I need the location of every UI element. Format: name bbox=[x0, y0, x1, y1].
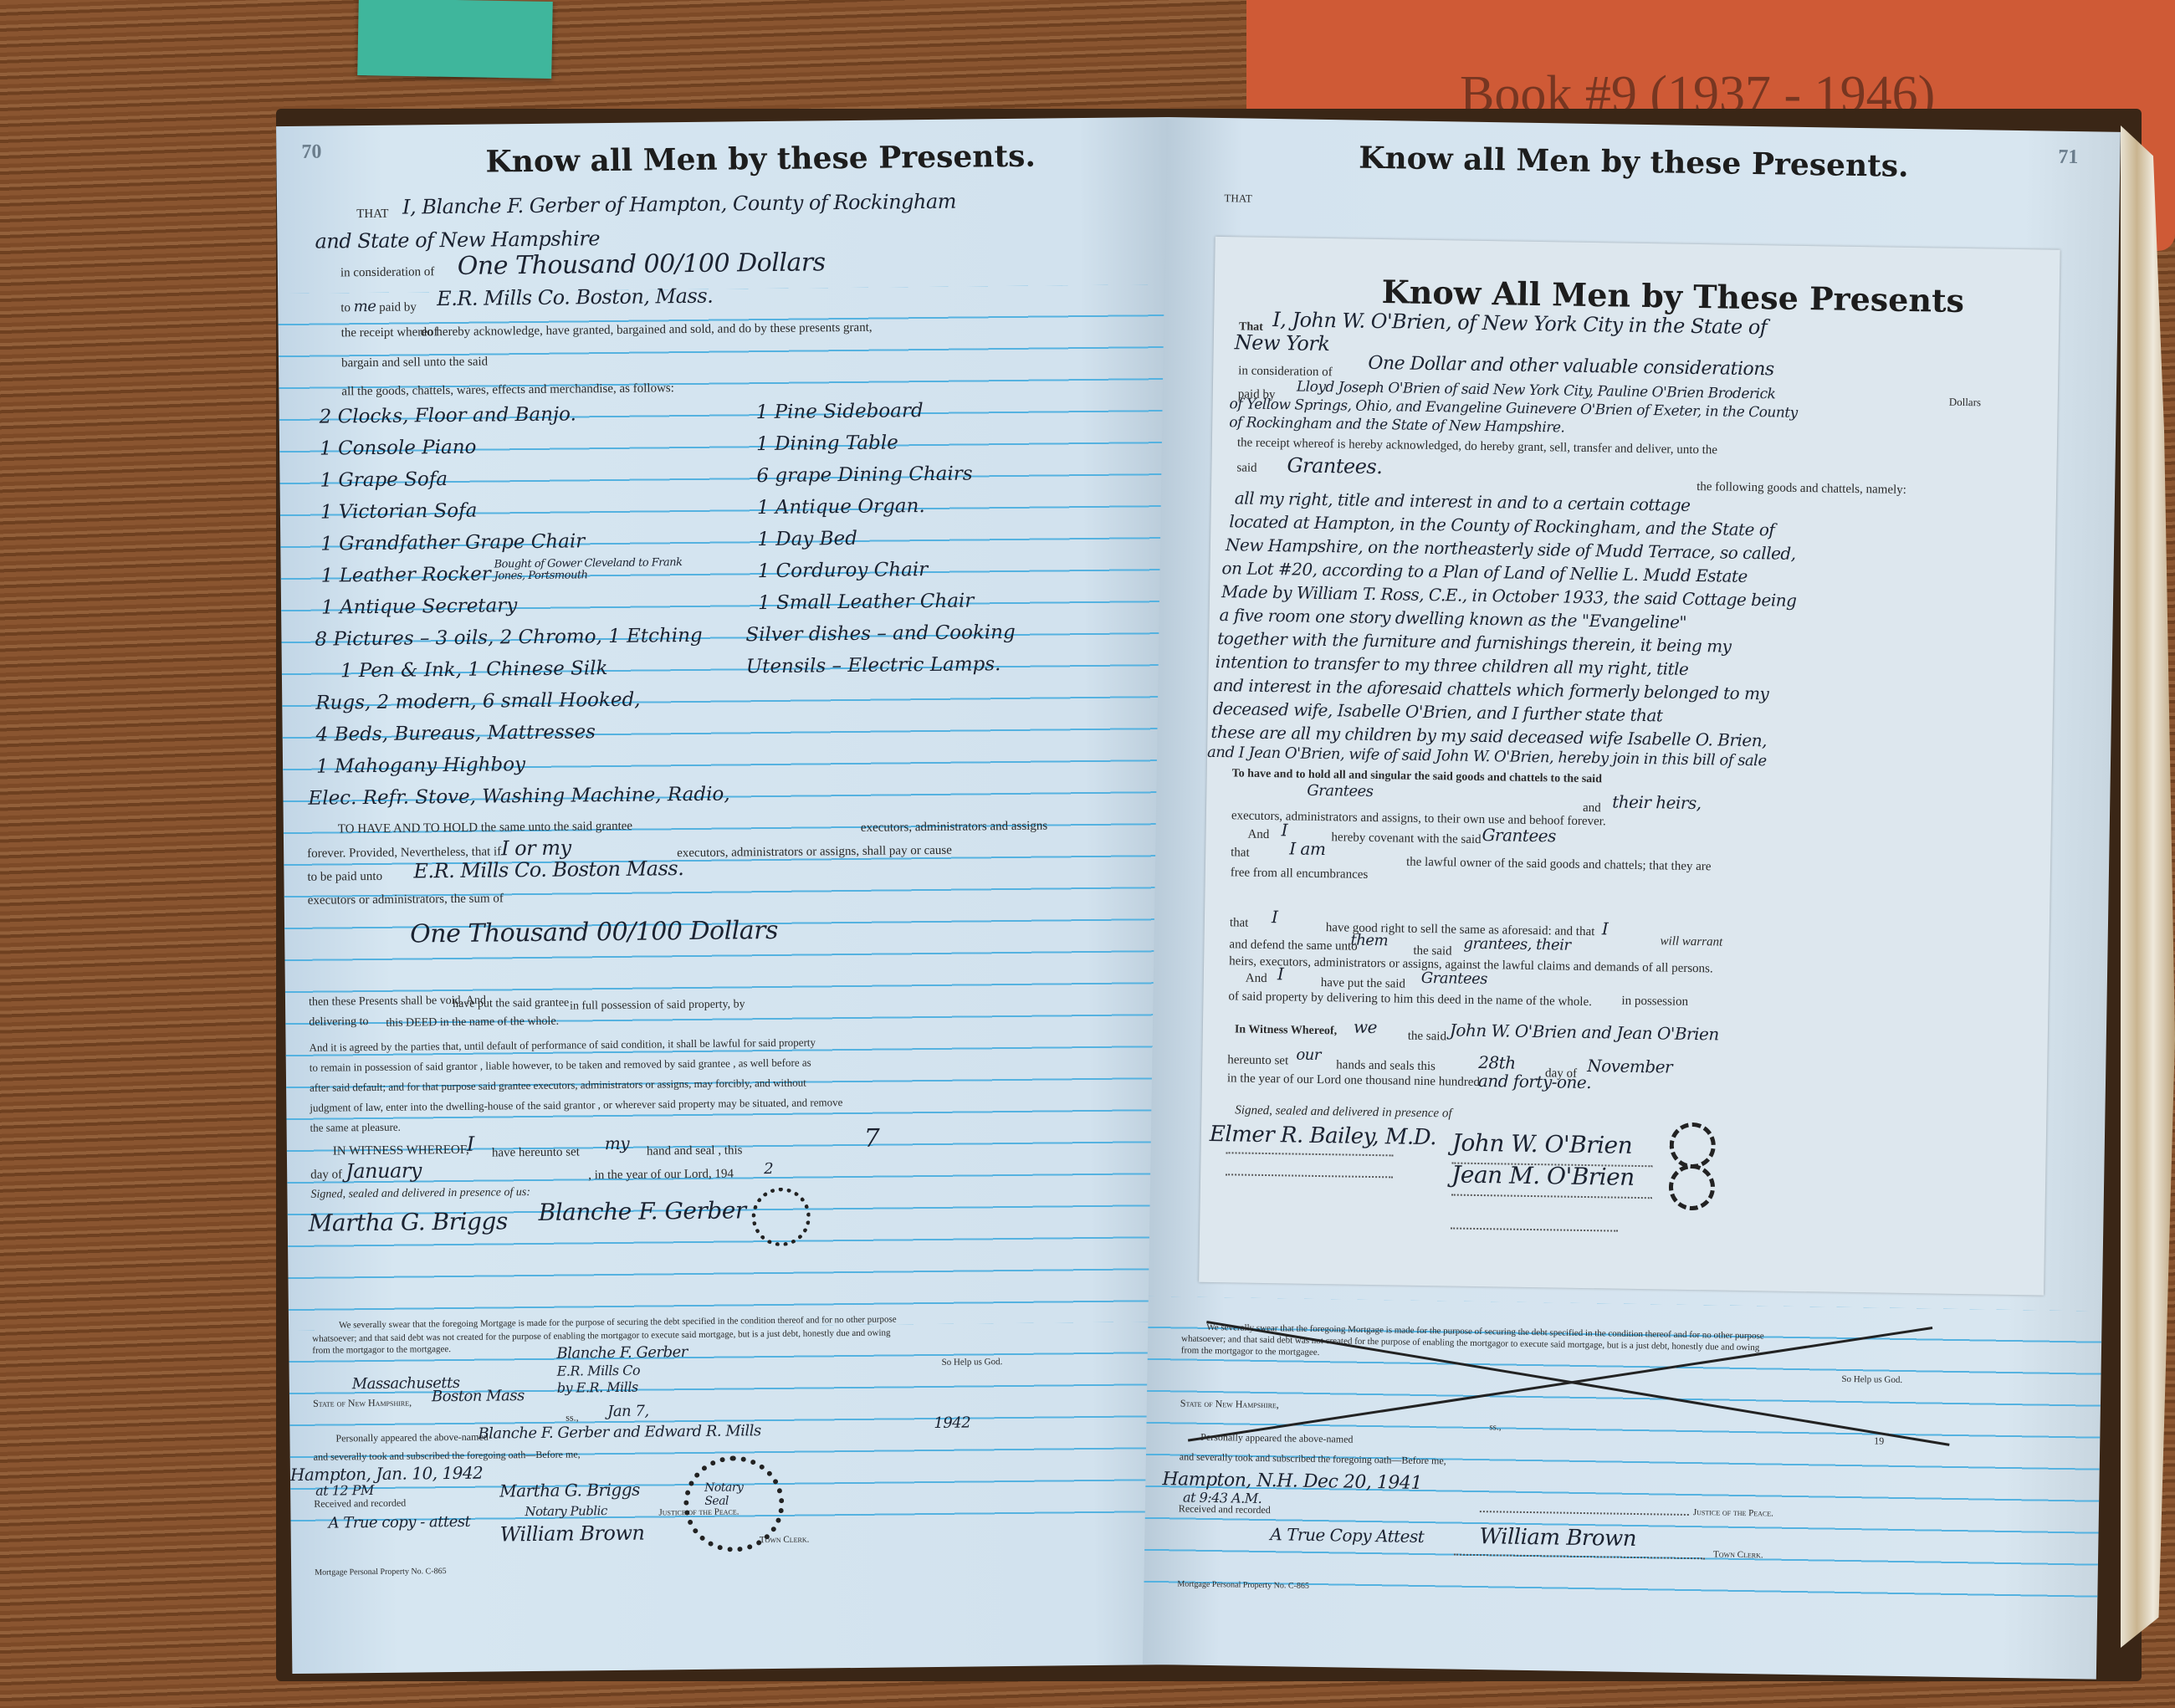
day-of-label: day of bbox=[310, 1168, 342, 1182]
said-label: said bbox=[1236, 461, 1256, 475]
unto-them: them bbox=[1350, 932, 1388, 950]
of-said-property-text: of said property by delivering to him th… bbox=[1228, 990, 1592, 1010]
seal-text: Notary Seal bbox=[704, 1480, 763, 1508]
page-edges bbox=[2121, 125, 2175, 1648]
day-value: 28th bbox=[1478, 1052, 1516, 1073]
agreed-text-5: the same at pleasure. bbox=[310, 1121, 401, 1135]
paid-unto-name: E.R. Mills Co. Boston Mass. bbox=[413, 857, 683, 882]
oath-text-3: from the mortgagor to the mortgagee. bbox=[1181, 1345, 1320, 1358]
grantees-their: grantees, their bbox=[1463, 935, 1570, 954]
paid-by-label: paid by bbox=[379, 300, 417, 314]
i-am: I am bbox=[1289, 838, 1326, 859]
month-value: January bbox=[345, 1158, 422, 1183]
list-item: 1 Day Bed bbox=[757, 528, 857, 550]
witness-we: we bbox=[1354, 1017, 1377, 1037]
paid-by-name: E.R. Mills Co. Boston, Mass. bbox=[437, 284, 713, 310]
consideration-label: in consideration of bbox=[340, 265, 435, 280]
consideration-value: One Dollar and other valuable considerat… bbox=[1368, 353, 1774, 381]
that-pronoun: I bbox=[1272, 907, 1278, 927]
list-item: 1 Mahogany Highboy bbox=[316, 754, 525, 778]
that-label-2: that bbox=[1230, 916, 1249, 930]
grantor-signature-1: John W. O'Brien bbox=[1452, 1129, 1633, 1159]
goods-note: Bought of Gower Cleveland to Frank Jones… bbox=[494, 557, 686, 582]
green-tape bbox=[357, 0, 553, 79]
sum-of-text: executors or administrators, the sum of bbox=[308, 892, 504, 908]
to-label: to bbox=[340, 301, 351, 314]
pasted-bill-of-sale: Know All Men by These Presents That I, J… bbox=[1199, 237, 2060, 1296]
to-have-text: To have and to hold all and singular the… bbox=[1232, 767, 1602, 786]
grantor-signature: Blanche F. Gerber bbox=[538, 1196, 745, 1226]
delivering-text: delivering to bbox=[309, 1015, 368, 1030]
personally-appeared-text: Personally appeared the above-named bbox=[1200, 1431, 1353, 1446]
true-copy-text: A True Copy Attest bbox=[1270, 1524, 1424, 1547]
the-said-label-2: the said bbox=[1408, 1030, 1447, 1045]
list-item: 2 Clocks, Floor and Banjo. bbox=[320, 403, 576, 427]
signature-line bbox=[1451, 1194, 1652, 1199]
state-label: State of New Hampshire, bbox=[313, 1397, 412, 1410]
covenant-grantees: Grantees bbox=[1482, 825, 1556, 846]
page-number: 70 bbox=[301, 141, 321, 164]
page-number: 71 bbox=[2058, 146, 2078, 169]
signature-line bbox=[1451, 1227, 1618, 1231]
list-item: 1 Dining Table bbox=[756, 432, 898, 455]
hereby-covenant-text: hereby covenant with the said bbox=[1331, 831, 1481, 847]
state-place: Boston Mass bbox=[432, 1387, 525, 1405]
day-value: 7 bbox=[864, 1124, 880, 1153]
paid-unto-text: to be paid unto bbox=[307, 870, 382, 885]
month-value: November bbox=[1587, 1056, 1672, 1077]
signed-presence-text: Signed, sealed and delivered in presence… bbox=[1235, 1103, 1451, 1121]
goods-line: a five room one story dwelling known as … bbox=[1219, 605, 1686, 632]
town-clerk-label: Town Clerk. bbox=[1713, 1549, 1763, 1560]
consideration-amount: One Thousand 00/100 Dollars bbox=[458, 248, 826, 281]
grantor-signature-2: Jean M. O'Brien bbox=[1451, 1161, 1635, 1191]
oath-text-3: from the mortgagor to the mortgagee. bbox=[312, 1344, 451, 1356]
seal-icon bbox=[1669, 1164, 1716, 1211]
hand-seal-text: hand and seal , this bbox=[647, 1143, 743, 1158]
clerk-signature: William Brown bbox=[500, 1521, 645, 1547]
and-covenant-label: And bbox=[1247, 828, 1269, 842]
recorded-time: at 12 PM bbox=[315, 1482, 374, 1499]
our-value: our bbox=[1296, 1046, 1321, 1064]
witness-possessive: my bbox=[605, 1133, 630, 1153]
goods-line: all my right, title and interest in and … bbox=[1235, 488, 1691, 515]
notary-title: Notary Public bbox=[525, 1503, 607, 1519]
appeared-names: Blanche F. Gerber and Edward R. Mills bbox=[478, 1422, 760, 1443]
list-item: 6 grape Dining Chairs bbox=[756, 463, 972, 487]
list-item: 8 Pictures – 3 oils, 2 Chromo, 1 Etching bbox=[315, 625, 702, 651]
page-title: Know all Men by these Presents. bbox=[485, 139, 1036, 180]
paid-pronoun: me bbox=[354, 298, 376, 315]
year-19-label: 19 bbox=[1874, 1434, 1884, 1447]
seal-icon bbox=[1669, 1122, 1716, 1169]
goods-line: deceased wife, Isabelle O'Brien, and I f… bbox=[1213, 698, 1663, 725]
recorded-date: Hampton, Jan. 10, 1942 bbox=[290, 1463, 484, 1485]
put-grantees: Grantees bbox=[1421, 969, 1487, 988]
year-digit: 2 bbox=[764, 1160, 773, 1178]
outer-that-label: THAT bbox=[1224, 192, 1251, 206]
list-item: 1 Victorian Sofa bbox=[320, 500, 478, 524]
list-item: 1 Pen & Ink, 1 Chinese Silk bbox=[340, 657, 608, 682]
hereunto-set-text: have hereunto set bbox=[492, 1145, 580, 1160]
and-defend-text: and defend the same unto bbox=[1229, 938, 1358, 954]
list-item: 1 Pine Sideboard bbox=[756, 400, 924, 423]
conveyed-goods: all my right, title and interest in and … bbox=[1215, 237, 2060, 250]
covenant-pronoun: I bbox=[1281, 820, 1287, 840]
list-item: 1 Grape Sofa bbox=[320, 468, 448, 492]
put-pronoun: I bbox=[1277, 964, 1284, 984]
witness-names: John W. O'Brien and Jean O'Brien bbox=[1450, 1020, 1719, 1044]
so-help-text: So Help us God. bbox=[942, 1357, 1003, 1368]
personally-appeared-text: Personally appeared the above-named bbox=[335, 1431, 488, 1445]
have-put-text: have put the said bbox=[1321, 976, 1405, 992]
list-item: 1 Leather Rocker bbox=[321, 563, 491, 586]
clerk-signature: William Brown bbox=[1479, 1524, 1636, 1552]
that-label: THAT bbox=[356, 207, 389, 222]
oath-signature-2: E.R. Mills Co bbox=[557, 1363, 641, 1379]
and-label: and bbox=[1583, 801, 1601, 816]
town-clerk-label: Town Clerk. bbox=[760, 1535, 810, 1546]
witness-pronoun: I bbox=[467, 1133, 474, 1156]
executors-text: executors, administrators and assigns bbox=[861, 820, 1047, 836]
list-item: 1 Small Leather Chair bbox=[758, 590, 975, 614]
bargain-text: bargain and sell unto the said bbox=[341, 355, 488, 371]
and-put-label: And bbox=[1246, 972, 1267, 986]
true-copy-text: A True copy - attest bbox=[328, 1513, 470, 1532]
list-item: Utensils – Electric Lamps. bbox=[746, 653, 1001, 678]
form-footer: Mortgage Personal Property No. C-865 bbox=[315, 1567, 447, 1578]
year-label: , in the year of our Lord, 194 bbox=[588, 1167, 734, 1183]
ss-label: ss., bbox=[565, 1411, 578, 1424]
list-item: Elec. Refr. Stove, Washing Machine, Radi… bbox=[308, 784, 729, 810]
signature-line bbox=[1226, 1174, 1393, 1178]
said-grantees: Grantees. bbox=[1287, 453, 1382, 478]
witness-signature: Martha G. Briggs bbox=[309, 1207, 508, 1236]
left-page: 70 Know all Men by these Presents. THAT … bbox=[276, 117, 1183, 1674]
received-recorded-text: Received and recorded bbox=[1179, 1502, 1271, 1516]
grantor-state: New York bbox=[1235, 330, 1330, 355]
signed-presence-text: Signed, sealed and delivered in presence… bbox=[310, 1186, 530, 1202]
sum-amount: One Thousand 00/100 Dollars bbox=[410, 916, 778, 949]
hereunto-set-text: hereunto set bbox=[1227, 1053, 1288, 1068]
right-page: 71 Know all Men by these Presents. THAT … bbox=[1143, 117, 2121, 1680]
list-item: 1 Grandfather Grape Chair bbox=[320, 530, 585, 555]
witness-signature: Elmer R. Bailey, M.D. bbox=[1210, 1122, 1437, 1150]
year-words: and forty-one. bbox=[1478, 1071, 1592, 1092]
oath-year: 1942 bbox=[934, 1414, 970, 1432]
outer-page-title: Know all Men by these Presents. bbox=[1359, 141, 1909, 184]
free-from-text: free from all encumbrances bbox=[1231, 866, 1369, 882]
list-item: Rugs, 2 modern, 6 small Hooked, bbox=[315, 689, 641, 714]
oath-date: Jan 7, bbox=[607, 1403, 649, 1421]
list-item: 1 Console Piano bbox=[320, 437, 477, 460]
notary-signature: Martha G. Briggs bbox=[499, 1480, 640, 1501]
ss-label: ss., bbox=[1489, 1422, 1501, 1432]
dollars-label: Dollars bbox=[1949, 396, 1982, 410]
seal-icon bbox=[751, 1188, 811, 1247]
hands-seals-text: hands and seals this bbox=[1336, 1058, 1435, 1074]
provided-if: I or my bbox=[501, 836, 571, 861]
their-heirs: their heirs, bbox=[1612, 791, 1702, 813]
list-item: Silver dishes – and Cooking bbox=[745, 621, 1016, 646]
put-grantee-text: have put the said grantee bbox=[453, 997, 569, 1011]
year-lord-text: in the year of our Lord one thousand nin… bbox=[1227, 1071, 1480, 1090]
grantor-state: and State of New Hampshire bbox=[315, 227, 600, 253]
will-warrant-text: will warrant bbox=[1660, 934, 1722, 949]
and-that-pronoun: I bbox=[1602, 918, 1609, 938]
signature-line bbox=[1226, 1152, 1394, 1156]
state-label: State of New Hampshire, bbox=[1180, 1397, 1279, 1411]
list-item: 4 Beds, Bureaus, Mattresses bbox=[316, 721, 596, 745]
the-said-label: the said bbox=[1413, 944, 1452, 959]
executors-pay-text: executors, administrators or assigns, sh… bbox=[677, 844, 952, 861]
oath-signature-3: by E.R. Mills bbox=[557, 1379, 638, 1396]
oath-signature-1: Blanche F. Gerber bbox=[556, 1343, 688, 1363]
so-help-text: So Help us God. bbox=[1841, 1374, 1902, 1385]
list-item: 1 Corduroy Chair bbox=[758, 559, 929, 582]
witness-label: IN WITNESS WHEREOF, bbox=[333, 1143, 469, 1159]
that-label-1: that bbox=[1231, 846, 1250, 860]
full-possession-text: in full possession of said property, by bbox=[570, 998, 745, 1013]
in-witness-label: In Witness Whereof, bbox=[1235, 1023, 1338, 1038]
received-recorded-text: Received and recorded bbox=[314, 1497, 406, 1511]
deed-whole-text: this DEED in the name of the whole. bbox=[386, 1015, 559, 1030]
lawful-owner-text: the lawful owner of the said goods and c… bbox=[1406, 856, 1712, 875]
in-possession-text: in possession bbox=[1621, 995, 1688, 1010]
following-goods-text: the following goods and chattels, namely… bbox=[1696, 480, 1906, 498]
list-item: 1 Antique Organ. bbox=[757, 495, 925, 519]
goods-line: intention to transfer to my three childr… bbox=[1215, 652, 1689, 679]
consideration-label: in consideration of bbox=[1238, 364, 1333, 380]
justice-label: Justice of the Peace. bbox=[1693, 1507, 1773, 1519]
to-have-grantees: Grantees bbox=[1307, 782, 1373, 800]
grantor-name: I, Blanche F. Gerber of Hampton, County … bbox=[402, 190, 956, 219]
paid-by-line-3: of Rockingham and the State of New Hamps… bbox=[1229, 414, 1564, 436]
list-item: 1 Antique Secretary bbox=[321, 595, 517, 618]
